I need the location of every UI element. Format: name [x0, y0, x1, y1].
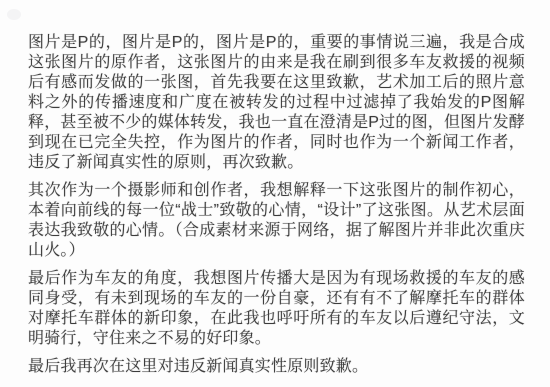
statement-paragraph-2: 其次作为一个摄影师和创作者，我想解释一下这张图片的制作初心，本着向前线的每一位“…	[28, 181, 525, 261]
jpeg-artifact-smudge	[7, 9, 21, 20]
statement-paragraph-1: 图片是P的，图片是P的，图片是P的，重要的事情说三遍，我是合成这张图片的原作者，…	[28, 33, 525, 173]
statement-document: 图片是P的，图片是P的，图片是P的，重要的事情说三遍，我是合成这张图片的原作者，…	[0, 0, 550, 387]
statement-paragraph-4: 最后我再次在这里对违反新闻真实性原则致歉。	[28, 357, 525, 377]
statement-paragraph-3: 最后作为车友的角度，我想图片传播大是因为有现场救援的车友的感同身受，有未到现场的…	[28, 269, 525, 349]
statement-body: 图片是P的，图片是P的，图片是P的，重要的事情说三遍，我是合成这张图片的原作者，…	[28, 33, 525, 385]
